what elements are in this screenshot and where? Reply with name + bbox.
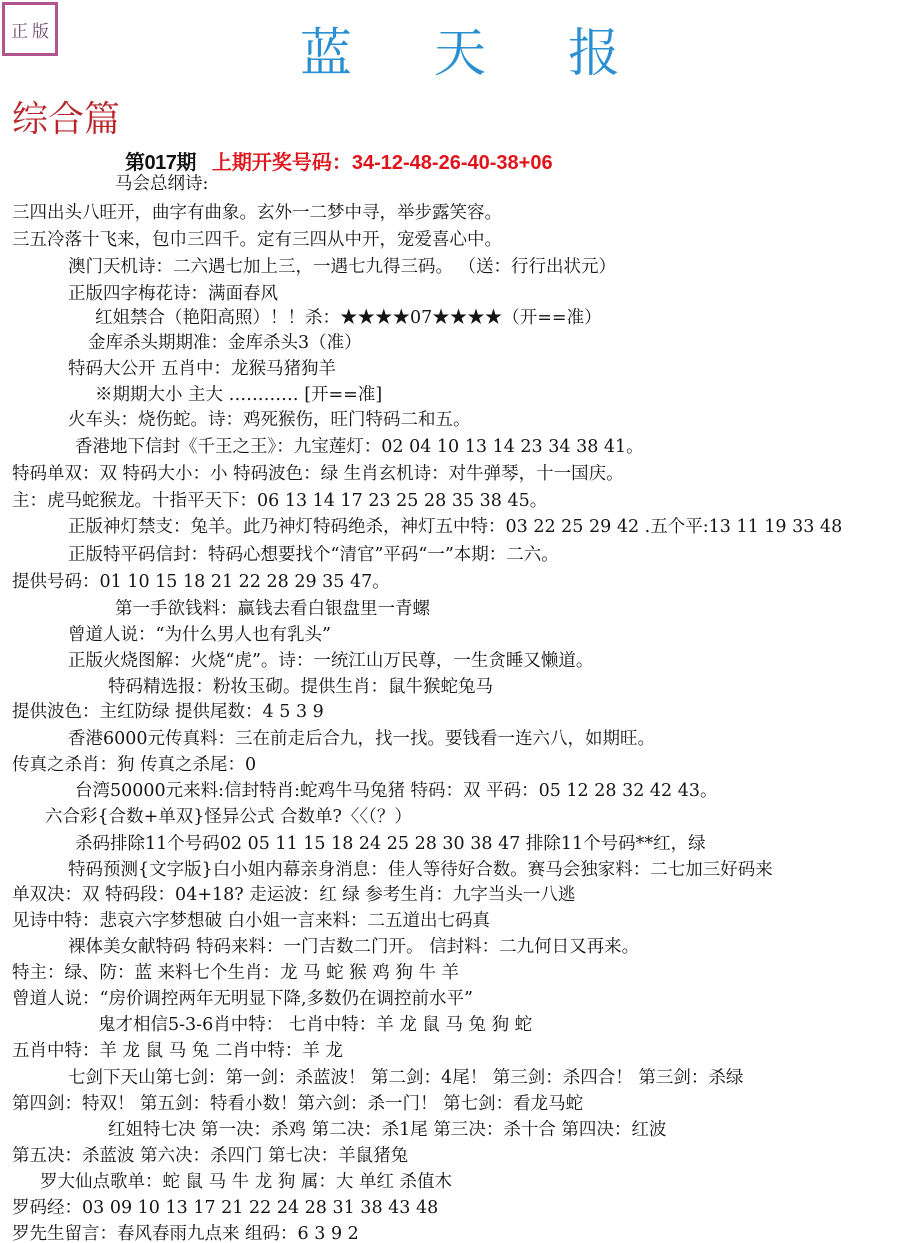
masthead-char-bao: 报 (568, 22, 620, 86)
text-line: 特码单双：双 特码大小：小 特码波色：绿 生肖玄机诗：对牛弹琴，十一国庆。 (12, 462, 624, 486)
text-line: 罗码经：03 09 10 13 17 21 22 24 28 31 38 43 … (12, 1196, 438, 1220)
issue-row: 第017期 上期开奖号码：34-12-48-26-40-38+06 (125, 146, 553, 174)
text-line: 第一手欲钱料：赢钱去看白银盘里一青螺 (115, 597, 430, 621)
text-line: ※期期大小 主大 ………… [开==准] (95, 383, 382, 407)
text-line: 金库杀头期期准：金库杀头3（准） (88, 331, 362, 355)
text-line: 香港地下信封《千王之王》：九宝莲灯：02 04 10 13 14 23 34 3… (75, 435, 644, 459)
text-line: 三五冷落十飞来，包巾三四千。定有三四从中开，宠爱喜心中。 (12, 228, 502, 252)
text-line: 提供号码：01 10 15 18 21 22 28 29 35 47。 (12, 570, 390, 594)
last-draw-numbers: 上期开奖号码：34-12-48-26-40-38+06 (212, 146, 553, 175)
text-line: 正版特平码信封：特码心想要找个“清官”平码“一”本期：二六。 (68, 543, 559, 567)
text-line: 火车头：烧伤蛇。诗：鸡死猴伤，旺门特码二和五。 (68, 408, 471, 432)
text-line: 三四出头八旺开，曲字有曲象。玄外一二梦中寻，举步露笑容。 (12, 201, 502, 225)
text-line: 杀码排除11个号码02 05 11 15 18 24 25 28 30 38 4… (75, 832, 706, 856)
text-line: 红姐特七决 第一决：杀鸡 第二决：杀1尾 第三决：杀十合 第四决：红波 (108, 1118, 666, 1142)
text-line: 第五决：杀蓝波 第六决：杀四门 第七决：羊鼠猪兔 (12, 1144, 408, 1168)
section-title: 综合篇 (12, 98, 120, 142)
text-line: 裸体美女献特码 特码来料：一门吉数二门开。 信封料：二九何日又再来。 (68, 935, 639, 959)
text-line: 正版四字梅花诗：满面春风 (68, 282, 278, 306)
text-line: 正版火烧图解：火烧“虎”。诗：一统江山万民尊，一生贪睡又懒道。 (68, 649, 593, 673)
text-line: 正版神灯禁支：兔羊。此乃神灯特码绝杀，神灯五中特：03 22 25 29 42 … (68, 515, 842, 539)
text-line: 第四剑：特双！ 第五剑：特看小数！第六剑：杀一门！ 第七剑：看龙马蛇 (12, 1092, 583, 1116)
zhengban-badge: 正 版 (2, 2, 58, 56)
text-line: 香港6000元传真料：三在前走后合九，找一找。要钱看一连六八，如期旺。 (68, 727, 655, 751)
text-line: 曾道人说：“为什么男人也有乳头” (68, 623, 331, 647)
masthead-char-tian: 天 (434, 22, 486, 86)
text-line: 马会总纲诗: (115, 172, 208, 196)
text-line: 澳门天机诗：二六遇七加上三，一遇七九得三码。 （送：行行出状元） (68, 255, 616, 279)
text-line: 五肖中特：羊 龙 鼠 马 兔 二肖中特：羊 龙 (12, 1039, 343, 1063)
text-line: 罗先生留言：春风春雨九点来 组码：6 3 9 2 (12, 1222, 359, 1243)
masthead-char-lan: 蓝 (300, 22, 352, 86)
text-line: 台湾50000元来料:信封特肖:蛇鸡牛马兔猪 特码：双 平码：05 12 28 … (75, 779, 718, 803)
text-line: 特码大公开 五肖中：龙猴马猪狗羊 (68, 357, 336, 381)
text-line: 提供波色：主红防绿 提供尾数：4 5 3 9 (12, 700, 324, 724)
text-line: 罗大仙点歌单：蛇 鼠 马 牛 龙 狗 属：大 单红 杀值木 (40, 1170, 452, 1194)
text-line: 曾道人说：“房价调控两年无明显下降,多数仍在调控前水平” (12, 987, 473, 1011)
text-line: 特码精选报：粉妆玉砌。提供生肖：鼠牛猴蛇兔马 (108, 675, 493, 699)
text-line: 六合彩{合数+单双}怪异公式 合数单?〈〈（？） (45, 805, 412, 829)
text-line: 七剑下天山第七剑：第一剑：杀蓝波！ 第二剑：4尾！ 第三剑：杀四合！ 第三剑：杀… (68, 1066, 743, 1090)
text-line: 红姐禁合（艳阳高照）！！杀：★★★★07★★★★（开==准） (95, 306, 602, 330)
text-line: 鬼才相信5-3-6肖中特： 七肖中特：羊 龙 鼠 马 兔 狗 蛇 (98, 1013, 532, 1037)
badge-char-zheng: 正 (11, 17, 28, 42)
text-line: 特主：绿、防：蓝 来料七个生肖：龙 马 蛇 猴 鸡 狗 牛 羊 (12, 961, 459, 985)
issue-number: 第017期 (125, 146, 196, 175)
text-line: 传真之杀肖：狗 传真之杀尾：0 (12, 753, 256, 777)
text-line: 单双决：双 特码段：04+18? 走运波：红 绿 参考生肖：九字当头一八逃 (12, 883, 575, 907)
badge-char-ban: 版 (32, 17, 49, 42)
text-line: 特码预测{文字版}白小姐内幕亲身消息：佳人等待好合数。赛马会独家料：二七加三好码… (68, 858, 773, 882)
text-line: 主：虎马蛇猴龙。十指平天下：06 13 14 17 23 25 28 35 38… (12, 489, 547, 513)
masthead-title: 蓝 天 报 (300, 22, 620, 86)
text-line: 见诗中特：悲哀六字梦想破 白小姐一言来料：二五道出七码真 (12, 909, 490, 933)
